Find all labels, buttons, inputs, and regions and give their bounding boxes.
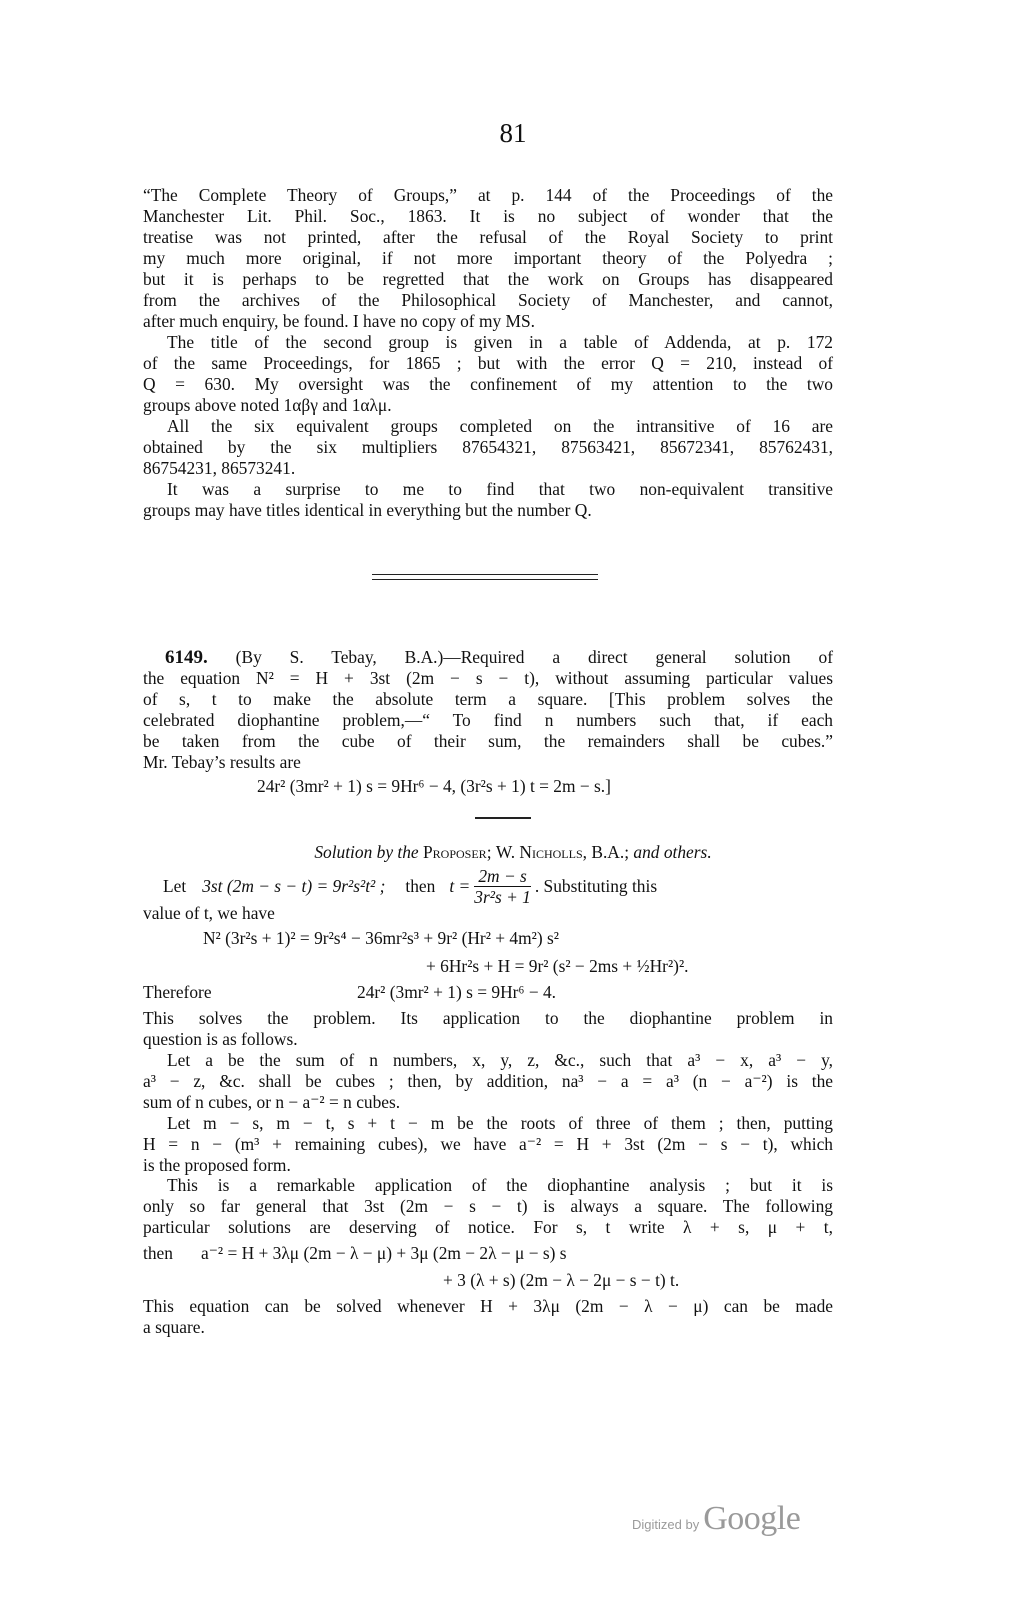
then-label: then: [143, 1243, 173, 1264]
solution-paragraph-c: Let m − s, m − t, s + t − m be the roots…: [143, 1113, 833, 1176]
solution-heading-prefix: Solution by the: [314, 842, 418, 862]
therefore-equation: 24r² (3mr² + 1) s = 9Hr⁶ − 4.: [357, 982, 556, 1003]
solution-paragraph-e: This equation can be solved whenever H +…: [143, 1296, 833, 1338]
book-page: 81 “The Complete Theory of Groups,” at p…: [0, 0, 1026, 1621]
fraction-t: 2m − s 3r²s + 1: [474, 866, 531, 907]
text-line: This equation can be solved whenever H +…: [143, 1296, 833, 1317]
text-line: It was a surprise to me to find that two…: [143, 479, 833, 500]
solution-heading-suffix: and others.: [633, 842, 711, 862]
text-substituting: . Substituting this: [535, 876, 657, 897]
text-line: only so far general that 3st (2m − s − t…: [143, 1196, 833, 1217]
equation-n2-line-2: + 6Hr²s + H = 9r² (s² − 2ms + ½Hr²)².: [426, 956, 689, 977]
solution-value-line: value of t, we have: [143, 903, 275, 924]
text-line: of s, t to make the absolute term a squa…: [143, 689, 833, 710]
then-equation-line-2: + 3 (λ + s) (2m − λ − 2μ − s − t) t.: [443, 1270, 679, 1291]
section-divider-double-rule: [372, 574, 598, 580]
solution-let-line: Let 3st (2m − s − t) = 9r²s²t² ; then t …: [163, 866, 833, 907]
text-then: then: [405, 876, 435, 897]
section-divider-rule: [475, 817, 531, 819]
digitized-by-google-watermark: Digitized by Google: [632, 1500, 800, 1538]
page-number: 81: [0, 118, 1026, 149]
equation-n2-line-1: N² (3r²s + 1)² = 9r²s⁴ − 36mr²s³ + 9r² (…: [203, 928, 559, 949]
text-line: This is a remarkable application of the …: [143, 1175, 833, 1196]
text-line: from the archives of the Philosophical S…: [143, 290, 833, 311]
text-line: treatise was not printed, after the refu…: [143, 227, 833, 248]
equation-t: t =: [449, 876, 470, 897]
text-line: a³ − z, &c. shall be cubes ; then, by ad…: [143, 1071, 833, 1092]
solution-paragraph-d: This is a remarkable application of the …: [143, 1175, 833, 1238]
then-equation-line-1: a⁻² = H + 3λμ (2m − λ − μ) + 3μ (2m − 2λ…: [201, 1243, 567, 1264]
fraction-numerator: 2m − s: [474, 866, 531, 887]
question-header: 6149. (By S. Tebay, B.A.)—Required a dir…: [165, 647, 833, 668]
therefore-label: Therefore: [143, 982, 212, 1003]
continuation-paragraph-2: The title of the second group is given i…: [143, 332, 833, 416]
text-let: Let: [163, 876, 186, 897]
text-line: question is as follows.: [143, 1029, 833, 1050]
fraction-denominator: 3r²s + 1: [474, 887, 531, 907]
text-line: “The Complete Theory of Groups,” at p. 1…: [143, 185, 833, 206]
text-line: The title of the second group is given i…: [143, 332, 833, 353]
solution-paragraph-b: Let a be the sum of n numbers, x, y, z, …: [143, 1050, 833, 1113]
question-results-equation: 24r² (3mr² + 1) s = 9Hr⁶ − 4, (3r²s + 1)…: [257, 776, 611, 797]
text-line: groups may have titles identical in ever…: [143, 500, 833, 521]
google-logo-text: Google: [703, 1500, 800, 1537]
question-number: 6149.: [165, 647, 208, 668]
equation-let: 3st (2m − s − t) = 9r²s²t² ;: [202, 876, 385, 897]
text-line: my much more original, if not more impor…: [143, 248, 833, 269]
text-line: H = n − (m³ + remaining cubes), we have …: [143, 1134, 833, 1155]
text-line: Manchester Lit. Phil. Soc., 1863. It is …: [143, 206, 833, 227]
solution-contributor: W. Nicholls, B.A.: [496, 842, 624, 862]
text-line: celebrated diophantine problem,—“ To fin…: [143, 710, 833, 731]
text-line: is the proposed form.: [143, 1155, 833, 1176]
solution-paragraph-a: This solves the problem. Its application…: [143, 1008, 833, 1050]
text-line: sum of n cubes, or n − a⁻² = n cubes.: [143, 1092, 833, 1113]
question-body: the equation N² = H + 3st (2m − s − t), …: [143, 668, 833, 773]
continuation-paragraph-3: All the six equivalent groups completed …: [143, 416, 833, 479]
solution-proposer: Proposer: [423, 842, 487, 862]
text-line: 86754231, 86573241.: [143, 458, 833, 479]
watermark-small-text: Digitized by: [632, 1517, 699, 1532]
text-line: Let m − s, m − t, s + t − m be the roots…: [143, 1113, 833, 1134]
solution-heading: Solution by the Proposer; W. Nicholls, B…: [0, 842, 1026, 863]
text-line: Q = 630. My oversight was the confinemen…: [143, 374, 833, 395]
text-line: be taken from the cube of their sum, the…: [143, 731, 833, 752]
question-author: (By S. Tebay, B.A.): [236, 647, 444, 667]
text-line: particular solutions are deserving of no…: [143, 1217, 833, 1238]
text-line: This solves the problem. Its application…: [143, 1008, 833, 1029]
text-line: after much enquiry, be found. I have no …: [143, 311, 833, 332]
text-line: obtained by the six multipliers 87654321…: [143, 437, 833, 458]
continuation-paragraph-1: “The Complete Theory of Groups,” at p. 1…: [143, 185, 833, 332]
text-line: Mr. Tebay’s results are: [143, 752, 833, 773]
text-line: a square.: [143, 1317, 833, 1338]
text-line: the equation N² = H + 3st (2m − s − t), …: [143, 668, 833, 689]
question-first-line: 6149. (By S. Tebay, B.A.)—Required a dir…: [165, 647, 833, 668]
text-line: but it is perhaps to be regretted that t…: [143, 269, 833, 290]
text-line: Let a be the sum of n numbers, x, y, z, …: [143, 1050, 833, 1071]
text-line: of the same Proceedings, for 1865 ; but …: [143, 353, 833, 374]
separator: ;: [624, 842, 629, 862]
text-line: All the six equivalent groups completed …: [143, 416, 833, 437]
continuation-paragraph-4: It was a surprise to me to find that two…: [143, 479, 833, 521]
separator: ;: [487, 842, 492, 862]
question-text: —Required a direct general solution of: [443, 647, 833, 667]
text-line: groups above noted 1αβγ and 1αλμ.: [143, 395, 833, 416]
